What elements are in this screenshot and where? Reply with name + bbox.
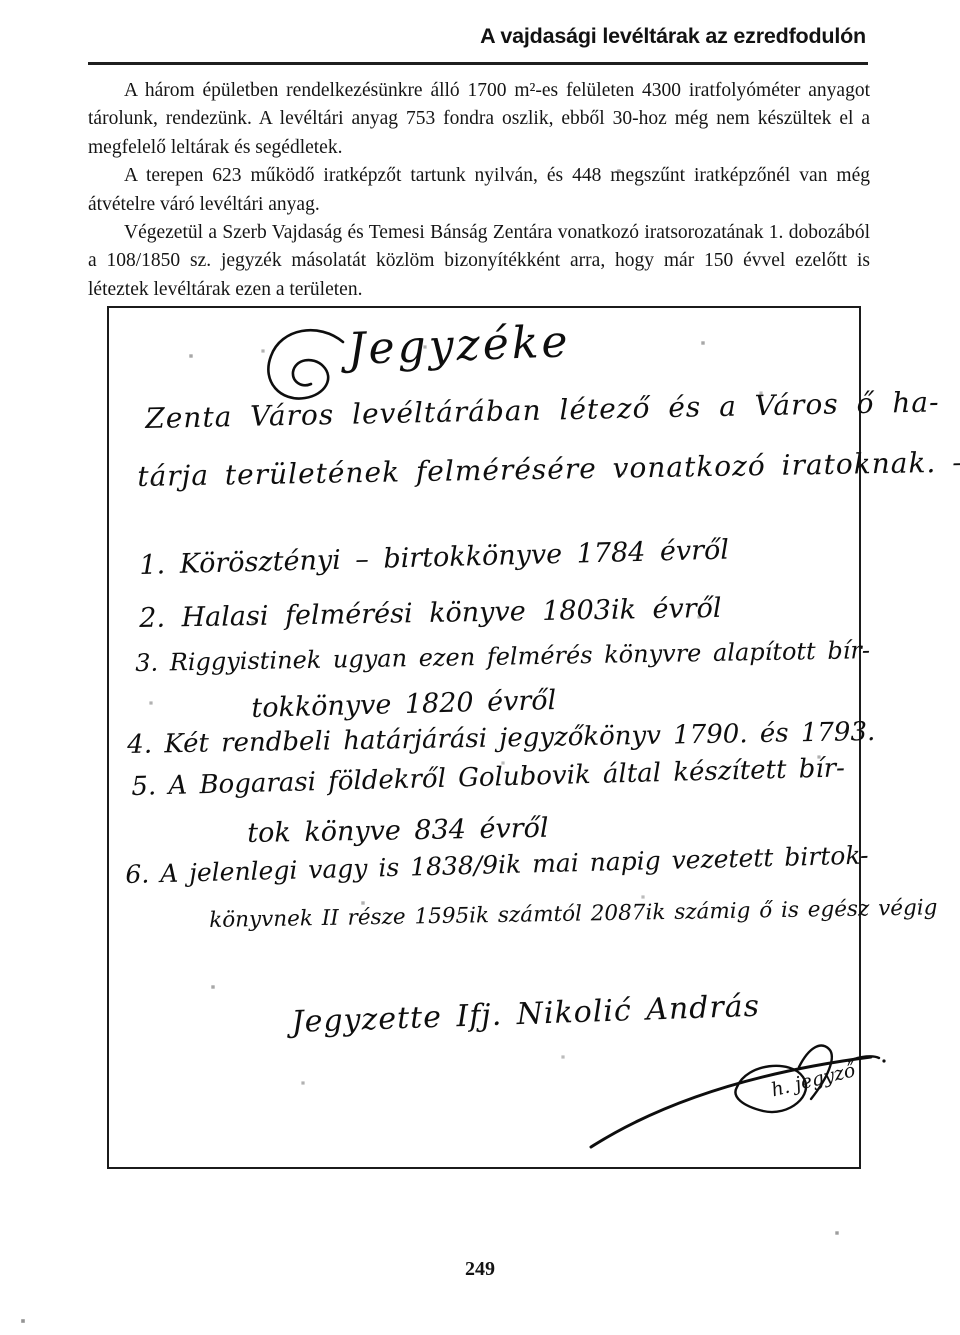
document-page: A vajdasági levéltárak az ezredfodulón A… (0, 0, 960, 1335)
page-number: 249 (0, 1258, 960, 1281)
title-flourish (265, 328, 351, 408)
manuscript-entry-3: 3. Riggyistinek ugyan ezen felmérés köny… (135, 636, 870, 677)
manuscript-entry-4: 4. Két rendbeli határjárási jegyzőkönyv … (127, 717, 876, 760)
paragraph-1: A három épületben rendelkezésünkre álló … (88, 77, 870, 162)
signature-flourish (587, 1031, 887, 1156)
manuscript-entry-5: 5. A Bogarasi földekről Golubovik által … (131, 753, 845, 802)
manuscript-heading-line-2: tárja területének felmérésére vonatkozó … (137, 446, 960, 493)
manuscript-title: Jegyzéke (347, 316, 571, 375)
scan-speckles (0, 0, 2, 2)
manuscript-entry-6-continued: könyvnek II része 1595ik számtól 2087ik … (209, 895, 938, 933)
article-body: A három épületben rendelkezésünkre álló … (88, 77, 870, 304)
manuscript-entry-6: 6. A jelenlegi vagy is 1838/9ik mai napi… (125, 841, 869, 889)
manuscript-entry-3-continued: tokkönyve 1820 évről (251, 685, 557, 724)
manuscript-figure: Jegyzéke Zenta Város levéltárában létező… (107, 306, 861, 1169)
manuscript-entry-2: 2. Halasi felmérési könyve 1803ik évről (139, 593, 722, 634)
header-rule (88, 62, 868, 65)
paragraph-3: Végezetül a Szerb Vajdaság és Temesi Bán… (88, 219, 870, 304)
paragraph-2: A terepen 623 működő iratképzőt tartunk … (88, 162, 870, 219)
running-head-title: A vajdasági levéltárak az ezredfodulón (480, 24, 866, 49)
manuscript-entry-1: 1. Körösztényi – birtokkönyve 1784 évről (139, 535, 729, 581)
manuscript-entry-5-continued: tok könyve 834 évről (247, 813, 549, 849)
